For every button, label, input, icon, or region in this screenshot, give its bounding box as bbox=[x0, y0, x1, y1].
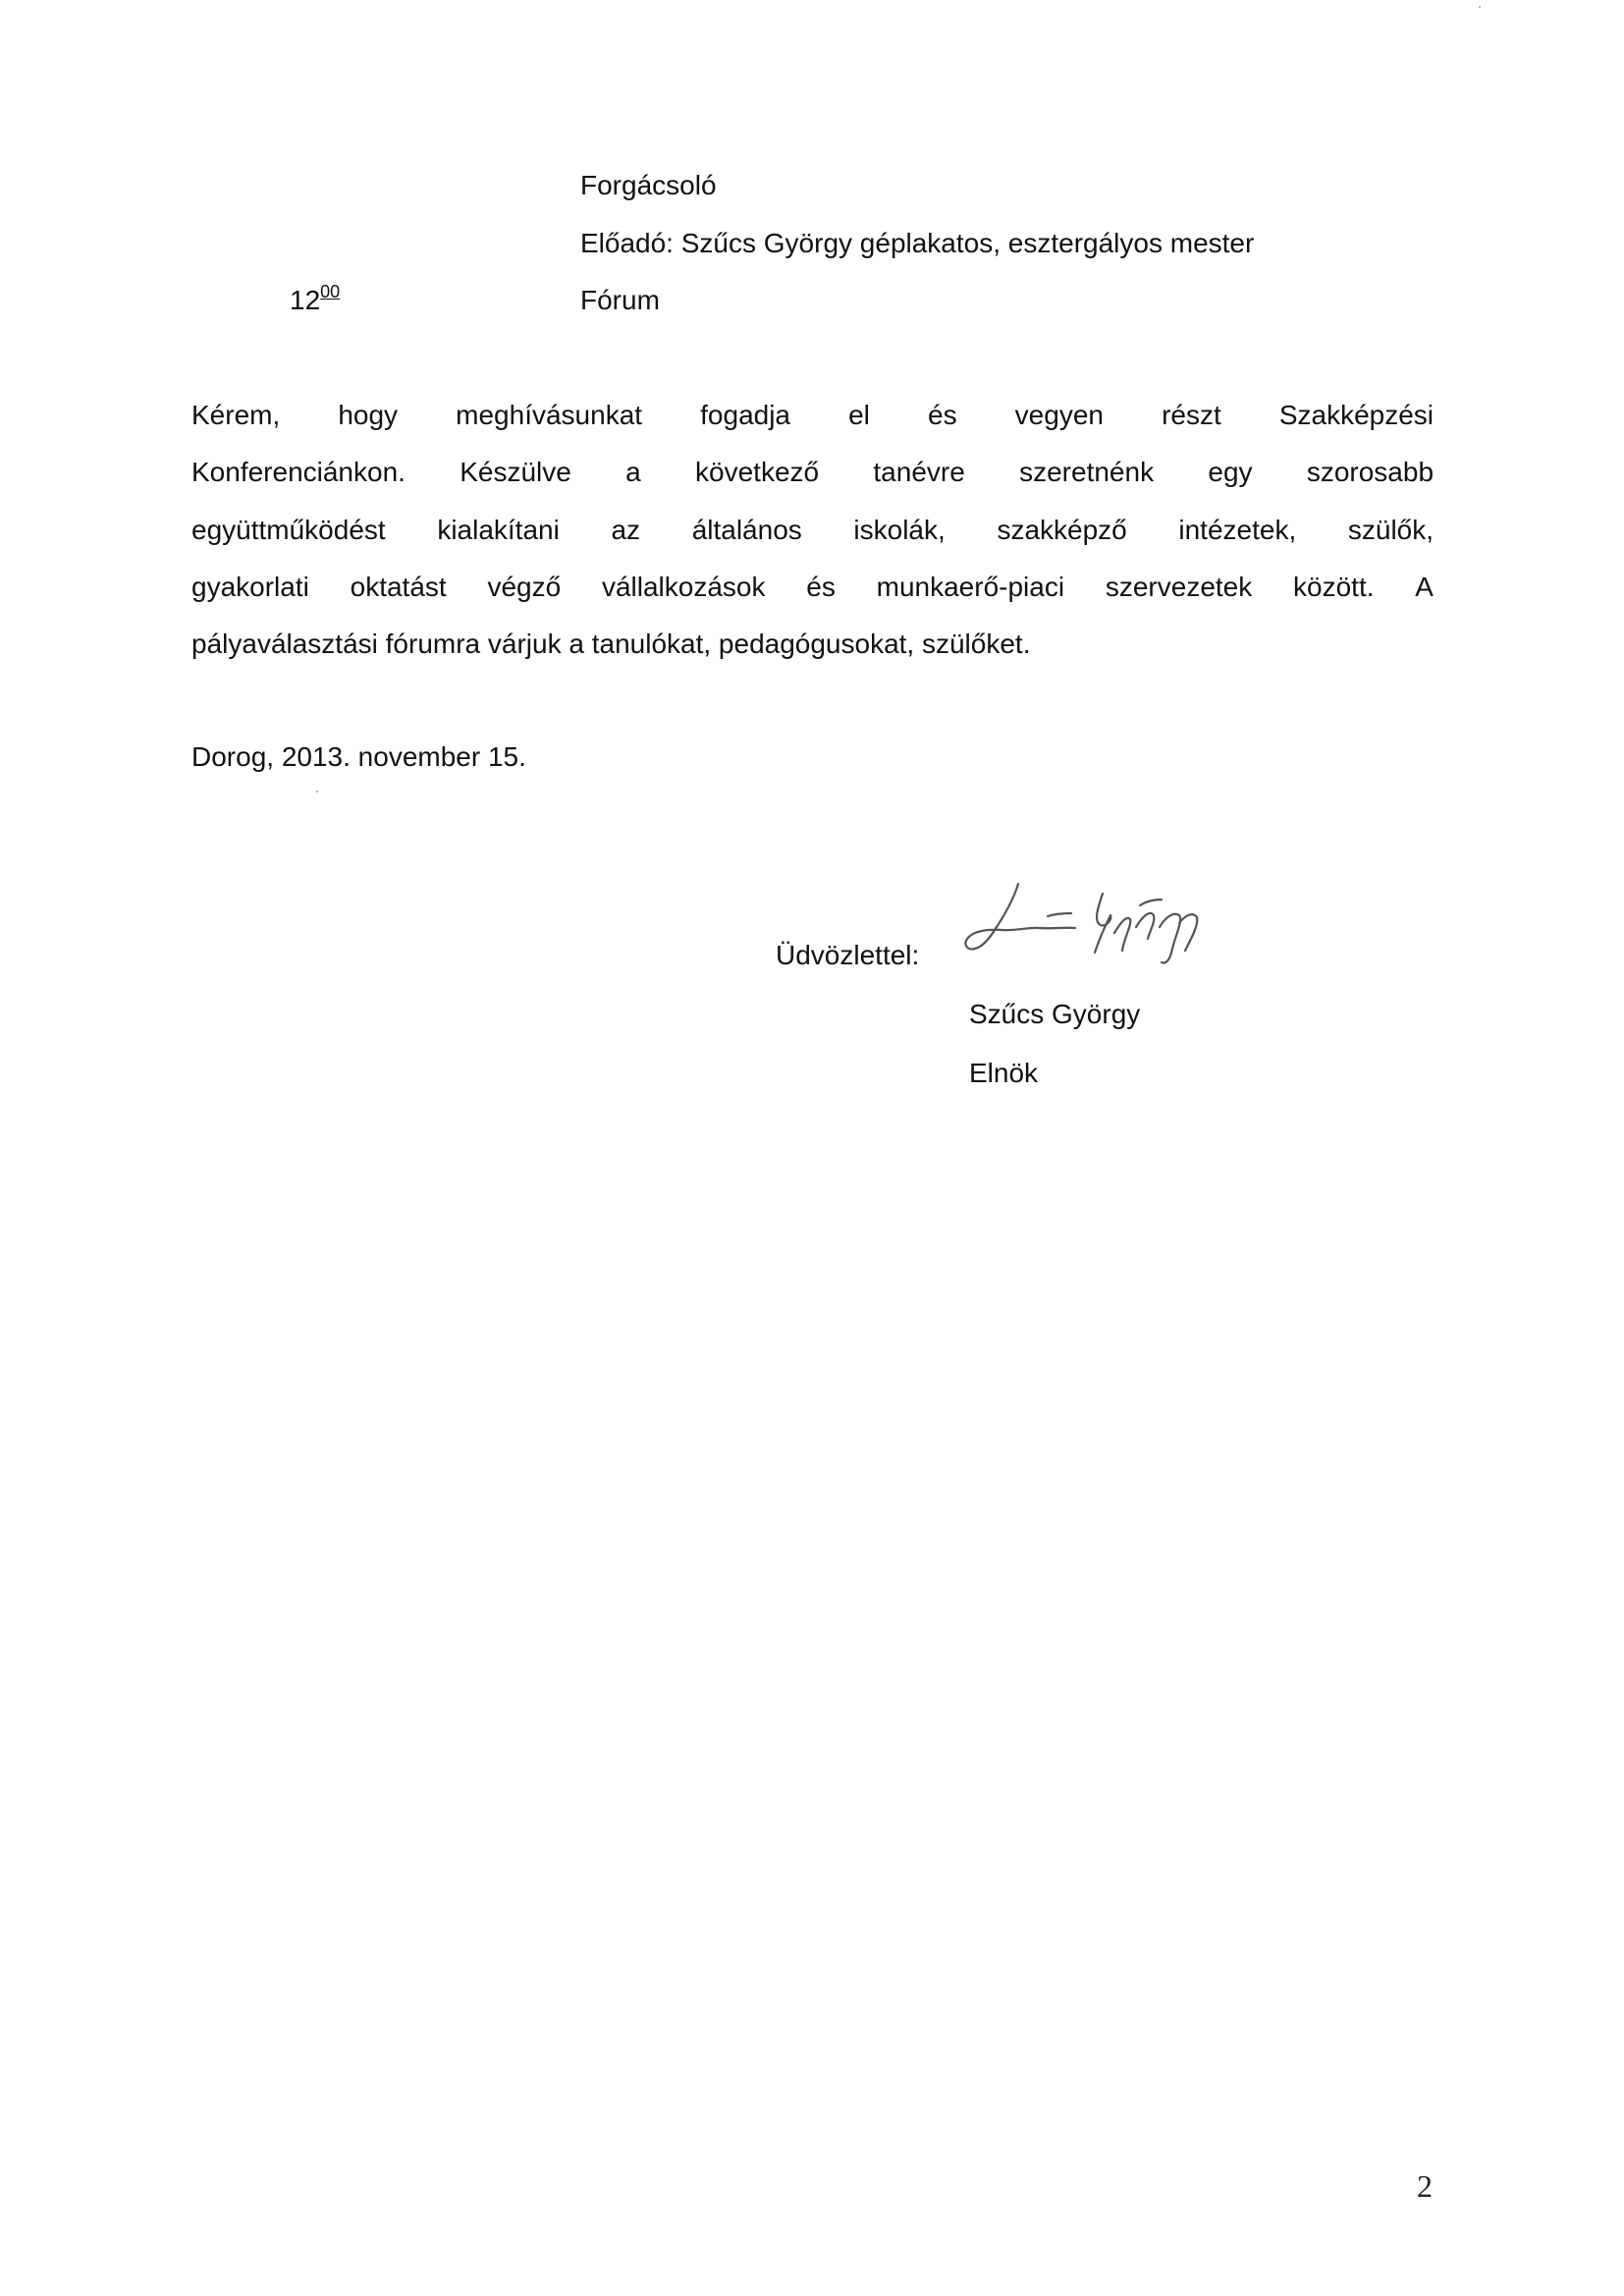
body-line: Kérem,hogymeghívásunkatfogadjaelésvegyen… bbox=[191, 387, 1434, 444]
scan-speck bbox=[316, 791, 318, 793]
closing-greeting: Üdvözlettel: bbox=[776, 927, 919, 984]
body-line: gyakorlatioktatástvégzővállalkozásokésmu… bbox=[191, 559, 1434, 616]
page-number: 2 bbox=[1417, 2166, 1433, 2206]
signature-icon bbox=[957, 876, 1213, 969]
signer-title: Elnök bbox=[969, 1045, 1038, 1102]
body-line: Konferenciánkon.Készülveakövetkezőtanévr… bbox=[191, 444, 1434, 501]
body-line: együttműködéstkialakítaniazáltalánosisko… bbox=[191, 502, 1434, 559]
date-line: Dorog, 2013. november 15. bbox=[191, 729, 526, 786]
schedule-time: 1200 bbox=[290, 272, 340, 329]
schedule-item-forum: Fórum bbox=[580, 272, 660, 329]
schedule-time-minutes: 00 bbox=[320, 282, 340, 301]
schedule-time-hour: 12 bbox=[290, 285, 320, 315]
body-paragraph: Kérem,hogymeghívásunkatfogadjaelésvegyen… bbox=[191, 387, 1434, 673]
schedule-item-forgacsolo: Forgácsoló bbox=[580, 157, 717, 214]
scan-speck bbox=[1479, 6, 1481, 8]
body-line: pályaválasztási fórumra várjuk a tanulók… bbox=[191, 616, 1434, 673]
signer-name: Szűcs György bbox=[969, 986, 1140, 1043]
schedule-item-presenter: Előadó: Szűcs György géplakatos, eszterg… bbox=[580, 215, 1254, 272]
